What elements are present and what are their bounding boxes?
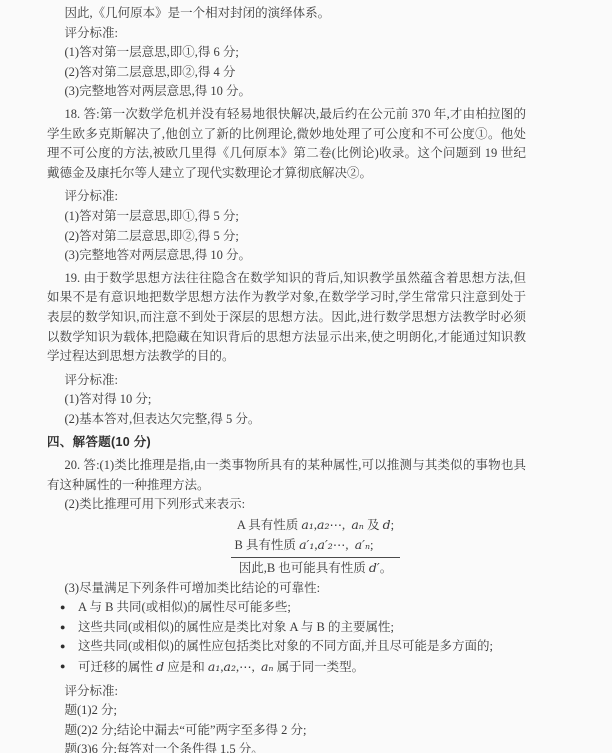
bullet-text: 这些共同(或相似)的属性应是类比对象 A 与 B 的主要属性; [78, 618, 526, 638]
formula-text: 因此,B 也可能具有性质 d′。 [239, 558, 393, 579]
math-variable: a₂ [224, 659, 236, 674]
document-page: 因此,《几何原本》是一个相对封闭的演绎体系。评分标准:(1)答对第一层意思,即①… [0, 0, 612, 753]
math-variable: d′ [369, 560, 380, 575]
doc-paragraph: 题(1)2 分; [47, 701, 526, 721]
math-variable: d [383, 517, 391, 532]
bullet-icon: ● [60, 618, 78, 638]
doc-paragraph: (1)答对第一层意思,即①,得 5 分; [47, 207, 526, 227]
text-run: ⋯, [333, 538, 355, 552]
formula-line: A 具有性质 a₁,a₂⋯, aₙ 及 d; [105, 515, 526, 536]
bullet-item: ●A 与 B 共同(或相似)的属性尽可能多些; [47, 598, 526, 618]
doc-paragraph: 评分标准: [47, 371, 526, 391]
doc-paragraph: 评分标准: [47, 187, 526, 207]
math-variable: d [156, 659, 164, 674]
text-run: 应是和 [164, 660, 208, 674]
bullet-text: A 与 B 共同(或相似)的属性尽可能多些; [78, 598, 526, 618]
text-run: 可迁移的属性 [78, 660, 156, 674]
text-run: A 具有性质 [237, 518, 302, 532]
premise-rule-line: B 具有性质 a′₁,a′₂⋯, a′ₙ; [231, 535, 399, 558]
text-run: 因此,B 也可能具有性质 [239, 561, 369, 575]
doc-paragraph: 评分标准: [47, 24, 526, 44]
text-run: 这些共同(或相似)的属性应包括类比对象的不同方面,并且尽可能是多方面的; [78, 639, 493, 653]
math-variable: a′₂ [318, 537, 333, 552]
text-run: ; [370, 538, 373, 552]
text-run: 这些共同(或相似)的属性应是类比对象 A 与 B 的主要属性; [78, 620, 394, 634]
section-heading: 四、解答题(10 分) [47, 433, 526, 453]
doc-paragraph: 因此,《几何原本》是一个相对封闭的演绎体系。 [47, 4, 526, 24]
doc-paragraph: 评分标准: [47, 682, 526, 702]
bullet-icon: ● [60, 598, 78, 618]
math-variable: a₂ [317, 517, 329, 532]
doc-paragraph: 题(2)2 分;结论中漏去“可能”两字至多得 2 分; [47, 721, 526, 741]
math-variable: a₁ [301, 517, 313, 532]
doc-paragraph: (1)答对第一层意思,即①,得 6 分; [47, 43, 526, 63]
formula-line: B 具有性质 a′₁,a′₂⋯, a′ₙ; [105, 535, 526, 558]
doc-paragraph: (1)答对得 10 分; [47, 390, 526, 410]
text-run: ; [391, 518, 394, 532]
math-variable: a′ₙ [355, 537, 370, 552]
formula-line: 因此,B 也可能具有性质 d′。 [105, 558, 526, 579]
doc-paragraph: (2)答对第二层意思,即②,得 5 分; [47, 227, 526, 247]
bullet-icon: ● [60, 637, 78, 657]
doc-paragraph: 20. 答:(1)类比推理是指,由一类事物所具有的某种属性,可以推测与其类似的事… [47, 456, 526, 495]
formula-text: A 具有性质 a₁,a₂⋯, aₙ 及 d; [237, 515, 394, 536]
text-run: B 具有性质 [234, 538, 299, 552]
doc-paragraph: 18. 答:第一次数学危机并没有轻易地很快解决,最后约在公元前 370 年,才由… [47, 105, 526, 183]
text-run: ⋯, [329, 518, 351, 532]
doc-paragraph: 19. 由于数学思想方法往往隐含在数学知识的背后,知识教学虽然蕴含着思想方法,但… [47, 269, 526, 367]
text-run: ,⋯, [236, 660, 261, 674]
bullet-item: ●可迁移的属性 d 应是和 a₁,a₂,⋯, aₙ 属于同一类型。 [47, 657, 526, 678]
text-run: 属于同一类型。 [274, 660, 365, 674]
math-variable: aₙ [261, 659, 274, 674]
bullet-text: 可迁移的属性 d 应是和 a₁,a₂,⋯, aₙ 属于同一类型。 [78, 657, 526, 678]
bullet-item: ●这些共同(或相似)的属性应是类比对象 A 与 B 的主要属性; [47, 618, 526, 638]
bullet-text: 这些共同(或相似)的属性应包括类比对象的不同方面,并且尽可能是多方面的; [78, 637, 526, 657]
text-run: A 与 B 共同(或相似)的属性尽可能多些; [78, 600, 291, 614]
doc-paragraph: 题(3)6 分;每答对一个条件得 1.5 分。 [47, 740, 526, 753]
math-variable: a′₁ [299, 537, 314, 552]
doc-paragraph: (3)完整地答对两层意思,得 10 分。 [47, 82, 526, 102]
math-variable: aₙ [351, 517, 364, 532]
bullet-icon: ● [60, 657, 78, 677]
doc-paragraph: (2)答对第二层意思,即②,得 4 分 [47, 63, 526, 83]
doc-paragraph: (2)类比推理可用下列形式来表示: [47, 495, 526, 515]
math-variable: a₁ [208, 659, 220, 674]
text-run: 。 [380, 561, 393, 575]
analogy-formula-block: A 具有性质 a₁,a₂⋯, aₙ 及 d;B 具有性质 a′₁,a′₂⋯, a… [47, 515, 526, 579]
doc-paragraph: (2)基本答对,但表达欠完整,得 5 分。 [47, 410, 526, 430]
bullet-item: ●这些共同(或相似)的属性应包括类比对象的不同方面,并且尽可能是多方面的; [47, 637, 526, 657]
doc-paragraph: (3)完整地答对两层意思,得 10 分。 [47, 246, 526, 266]
text-run: 及 [364, 518, 383, 532]
doc-paragraph: (3)尽量满足下列条件可增加类比结论的可靠性: [47, 579, 526, 599]
